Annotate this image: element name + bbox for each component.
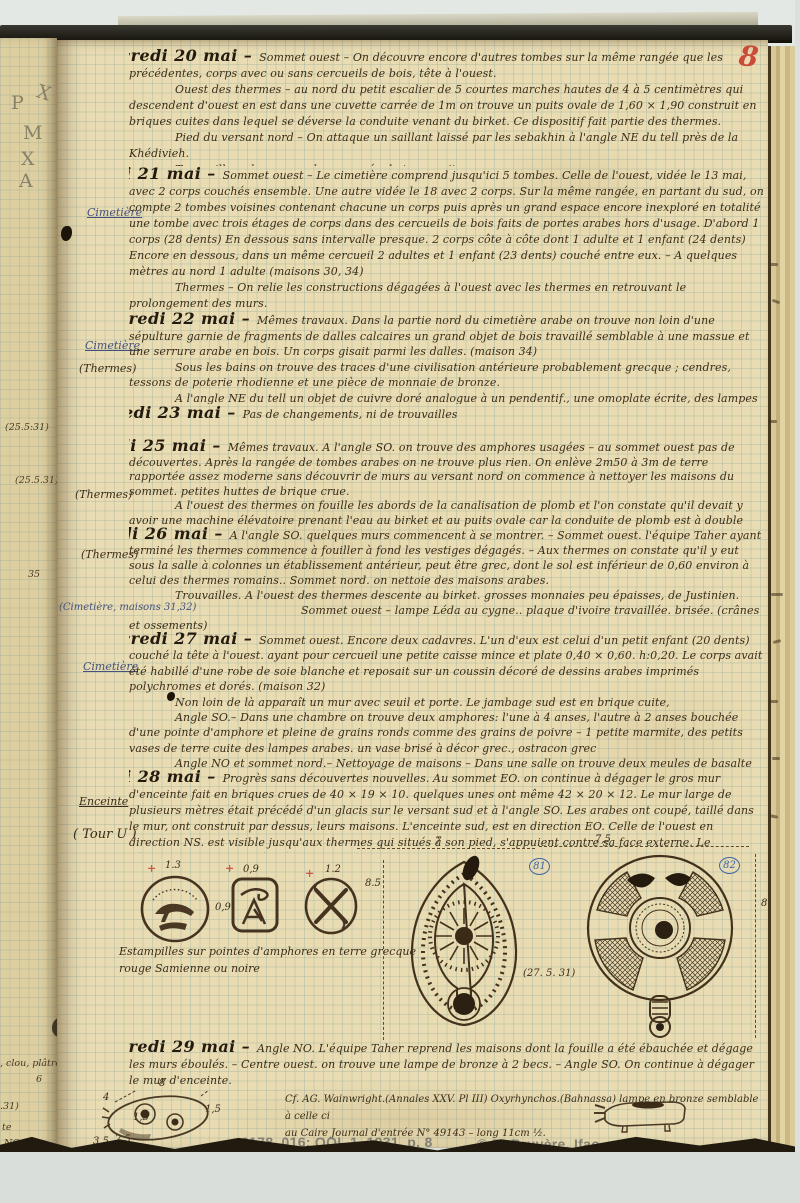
stamps-caption: Estampilles sur pointes d'amphores en te… bbox=[119, 945, 416, 958]
bronze-lamp-side-drawing bbox=[593, 1094, 691, 1136]
entry-paragraph: Vendredi 22 mai –Mêmes travaux. Dans la … bbox=[129, 311, 765, 360]
fore-edge-mark bbox=[770, 700, 778, 703]
edge-note: , clou, plâtré bbox=[0, 1058, 61, 1069]
entry-date: Mardi 26 mai – bbox=[129, 526, 230, 543]
journal-entry-20-mai: Mercredi 20 mai –Sommet ouest – On décou… bbox=[129, 48, 765, 166]
entry-paragraph: Ouest des thermes – au nord du petit esc… bbox=[129, 82, 765, 130]
edge-note: 6 bbox=[36, 1074, 42, 1085]
ink-blot bbox=[61, 226, 72, 241]
page-stack-edge bbox=[768, 46, 795, 1146]
journal-entry-26-mai: Mardi 26 mai –A l'angle SO. quelques mur… bbox=[129, 526, 765, 632]
journal-entry-27-mai: Mercredi 27 mai –Sommet ouest. Encore de… bbox=[129, 631, 765, 770]
margin-note-enceinte: Enceinte bbox=[79, 795, 128, 808]
lamp-date-note: (27. 5. 31) bbox=[523, 968, 575, 979]
entry-paragraph: Sous les bains on trouve des traces d'un… bbox=[129, 360, 765, 391]
entry-paragraph: Vendredi 29 mai –Angle NO. L'équipe Tahe… bbox=[129, 1039, 765, 1089]
red-cross-mark: + bbox=[225, 862, 234, 875]
fore-edge-mark bbox=[770, 263, 778, 266]
oil-lamp-drawing-81 bbox=[391, 854, 537, 1040]
lamp-dimension-label: 8.5 bbox=[365, 878, 381, 889]
bronze-lamp-plan-drawing bbox=[101, 1086, 216, 1148]
entry-paragraph: Jeudi 21 mai –Sommet ouest – Le cimetièr… bbox=[129, 166, 765, 280]
entry-paragraph: Mercredi 27 mai –Sommet ouest. Encore de… bbox=[129, 631, 765, 695]
photo-background-right bbox=[795, 0, 800, 1203]
edge-note: te bbox=[2, 1122, 11, 1133]
journal-entry-28-mai: Jeudi 28 mai –Progrès sans découvertes n… bbox=[129, 769, 765, 853]
dimension-line bbox=[755, 854, 756, 1038]
stamp-drawing-glyph bbox=[231, 876, 279, 934]
entry-date: Jeudi 28 mai – bbox=[129, 769, 223, 786]
photo-background-bottom bbox=[0, 1152, 800, 1203]
margin-note-tour-u: ( Tour U ) bbox=[73, 827, 137, 842]
entry-paragraph: A l'angle NE du tell un objet de cuivre … bbox=[129, 391, 765, 405]
journal-entry-29-mai: Vendredi 29 mai –Angle NO. L'équipe Tahe… bbox=[129, 1039, 765, 1095]
entry-text: Progrès sans découvertes nouvelles. Au s… bbox=[129, 772, 754, 853]
entry-date: Vendredi 29 mai – bbox=[129, 1039, 257, 1056]
scanned-notebook-photo: P X M X A (25.5:31) (25.5.31) 35 , clou,… bbox=[0, 0, 800, 1203]
pencil-letter: M bbox=[23, 122, 42, 144]
previous-page-edge bbox=[0, 38, 57, 1150]
entry-text: Pas de changements, ni de trouvailles bbox=[243, 408, 458, 421]
entry-paragraph: Sommet ouest – lampe Léda au cygne.. pla… bbox=[129, 603, 765, 632]
entry-date: Mercredi 20 mai – bbox=[129, 48, 259, 65]
edge-note: (25.5.31) bbox=[15, 475, 59, 486]
fore-edge-mark bbox=[769, 420, 777, 423]
margin-note-thermes: (Thermes) bbox=[75, 488, 132, 501]
journal-entry-23-mai: Samedi 23 mai –Pas de changements, ni de… bbox=[129, 405, 765, 431]
entry-date: Samedi 23 mai – bbox=[129, 405, 243, 422]
entry-paragraph: Pied du versant nord – On attaque un sai… bbox=[129, 130, 765, 162]
entry-date: Lundi 25 mai – bbox=[129, 439, 228, 455]
reference-note-line: Cf. AG. Wainwright.(Annales XXV. Pl III)… bbox=[285, 1091, 767, 1125]
entry-paragraph: Thermes – On relie les constructions dég… bbox=[129, 280, 765, 311]
pencil-letter: A bbox=[19, 170, 33, 192]
entry-paragraph: Mercredi 20 mai –Sommet ouest – On décou… bbox=[129, 48, 765, 82]
margin-note-thermes: (Thermes) bbox=[79, 362, 136, 375]
journal-entry-22-mai: Vendredi 22 mai –Mêmes travaux. Dans la … bbox=[129, 311, 765, 404]
stamp-dimension-label: 1.2 bbox=[325, 864, 341, 875]
entry-paragraph: A l'ouest des thermes on fouille les abo… bbox=[129, 499, 765, 527]
lamp-dimension-label: 7,5 bbox=[595, 834, 611, 845]
journal-entry-21-mai: Jeudi 21 mai –Sommet ouest – Le cimetièr… bbox=[129, 166, 765, 311]
entry-date: Mercredi 27 mai – bbox=[129, 631, 259, 648]
entry-paragraph: Lundi 25 mai –Mêmes travaux. A l'angle S… bbox=[129, 439, 765, 499]
entry-paragraph: Mardi 26 mai –A l'angle SO. quelques mur… bbox=[129, 526, 765, 588]
journal-entry-25-mai: Lundi 25 mai –Mêmes travaux. A l'angle S… bbox=[129, 439, 765, 527]
entry-paragraph: Samedi 23 mai –Pas de changements, ni de… bbox=[129, 405, 765, 423]
entry-paragraph: Angle SO.– Dans une chambre on trouve de… bbox=[129, 710, 765, 756]
edge-note: .31) bbox=[0, 1101, 19, 1112]
entry-text: Sommet ouest – Le cimetière comprend jus… bbox=[129, 169, 764, 278]
lamp-dimension-label: 7 bbox=[435, 836, 441, 847]
stamp-dimension-label: 0,9 bbox=[243, 864, 259, 875]
entry-date: Vendredi 22 mai – bbox=[129, 311, 257, 328]
entry-paragraph: Angle NO et sommet nord.– Nettoyage de m… bbox=[129, 756, 765, 770]
stamp-drawing-cross-tools bbox=[303, 876, 359, 936]
lamp-dimension-label: 8 bbox=[761, 898, 767, 909]
entry-paragraph: Non loin de là apparaît un mur avec seui… bbox=[129, 695, 765, 710]
dimension-line bbox=[357, 848, 535, 849]
stamp-dimension-label: 1.3 bbox=[165, 860, 181, 871]
fore-edge-mark bbox=[772, 757, 780, 760]
edge-note: (25.5:31) bbox=[5, 422, 49, 433]
dimension-line bbox=[383, 860, 384, 1040]
fore-edge-mark bbox=[771, 593, 783, 596]
pencil-letter: P bbox=[11, 92, 24, 114]
edge-note: 35 bbox=[28, 569, 40, 580]
dimension-line bbox=[539, 846, 749, 847]
stamp-drawing-animal bbox=[139, 874, 211, 944]
entry-paragraph: Trouvailles. A l'ouest des thermes desce… bbox=[129, 588, 765, 603]
notebook-page: 8 Cimetière Cimetière (Thermes) (Thermes… bbox=[57, 40, 768, 1148]
entry-paragraph: Jeudi 28 mai –Progrès sans découvertes n… bbox=[129, 769, 765, 853]
stamps-caption: rouge Samienne ou noire bbox=[119, 962, 260, 975]
entry-date: Jeudi 21 mai – bbox=[129, 166, 223, 183]
oil-lamp-drawing-82 bbox=[575, 850, 745, 1038]
pencil-letter: X bbox=[21, 148, 35, 170]
stamp-dimension-label: 0,9 bbox=[215, 902, 231, 913]
